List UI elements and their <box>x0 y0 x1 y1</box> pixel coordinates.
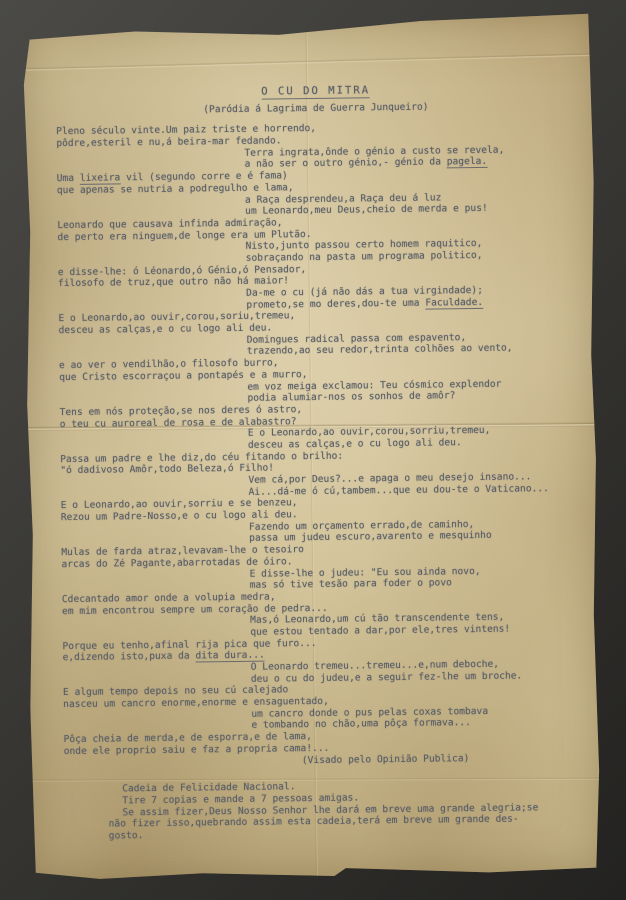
fold-crease-top <box>21 53 593 72</box>
poem-line: (Visado pelo Opinião Publica) <box>302 751 584 766</box>
poem-subtitle: (Paródia á Lagrima de Guerra Junqueiro) <box>56 99 576 117</box>
document-page: O CU DO MITRA (Paródia á Lagrima de Guer… <box>21 9 604 882</box>
poem-title: O CU DO MITRA <box>261 84 370 99</box>
typewritten-content: O CU DO MITRA (Paródia á Lagrima de Guer… <box>56 83 585 843</box>
poem-title-row: O CU DO MITRA <box>56 83 576 101</box>
photo-background: O CU DO MITRA (Paródia á Lagrima de Guer… <box>0 0 626 900</box>
poem-body: Pleno século vinte.Um paiz triste e horr… <box>56 120 585 843</box>
